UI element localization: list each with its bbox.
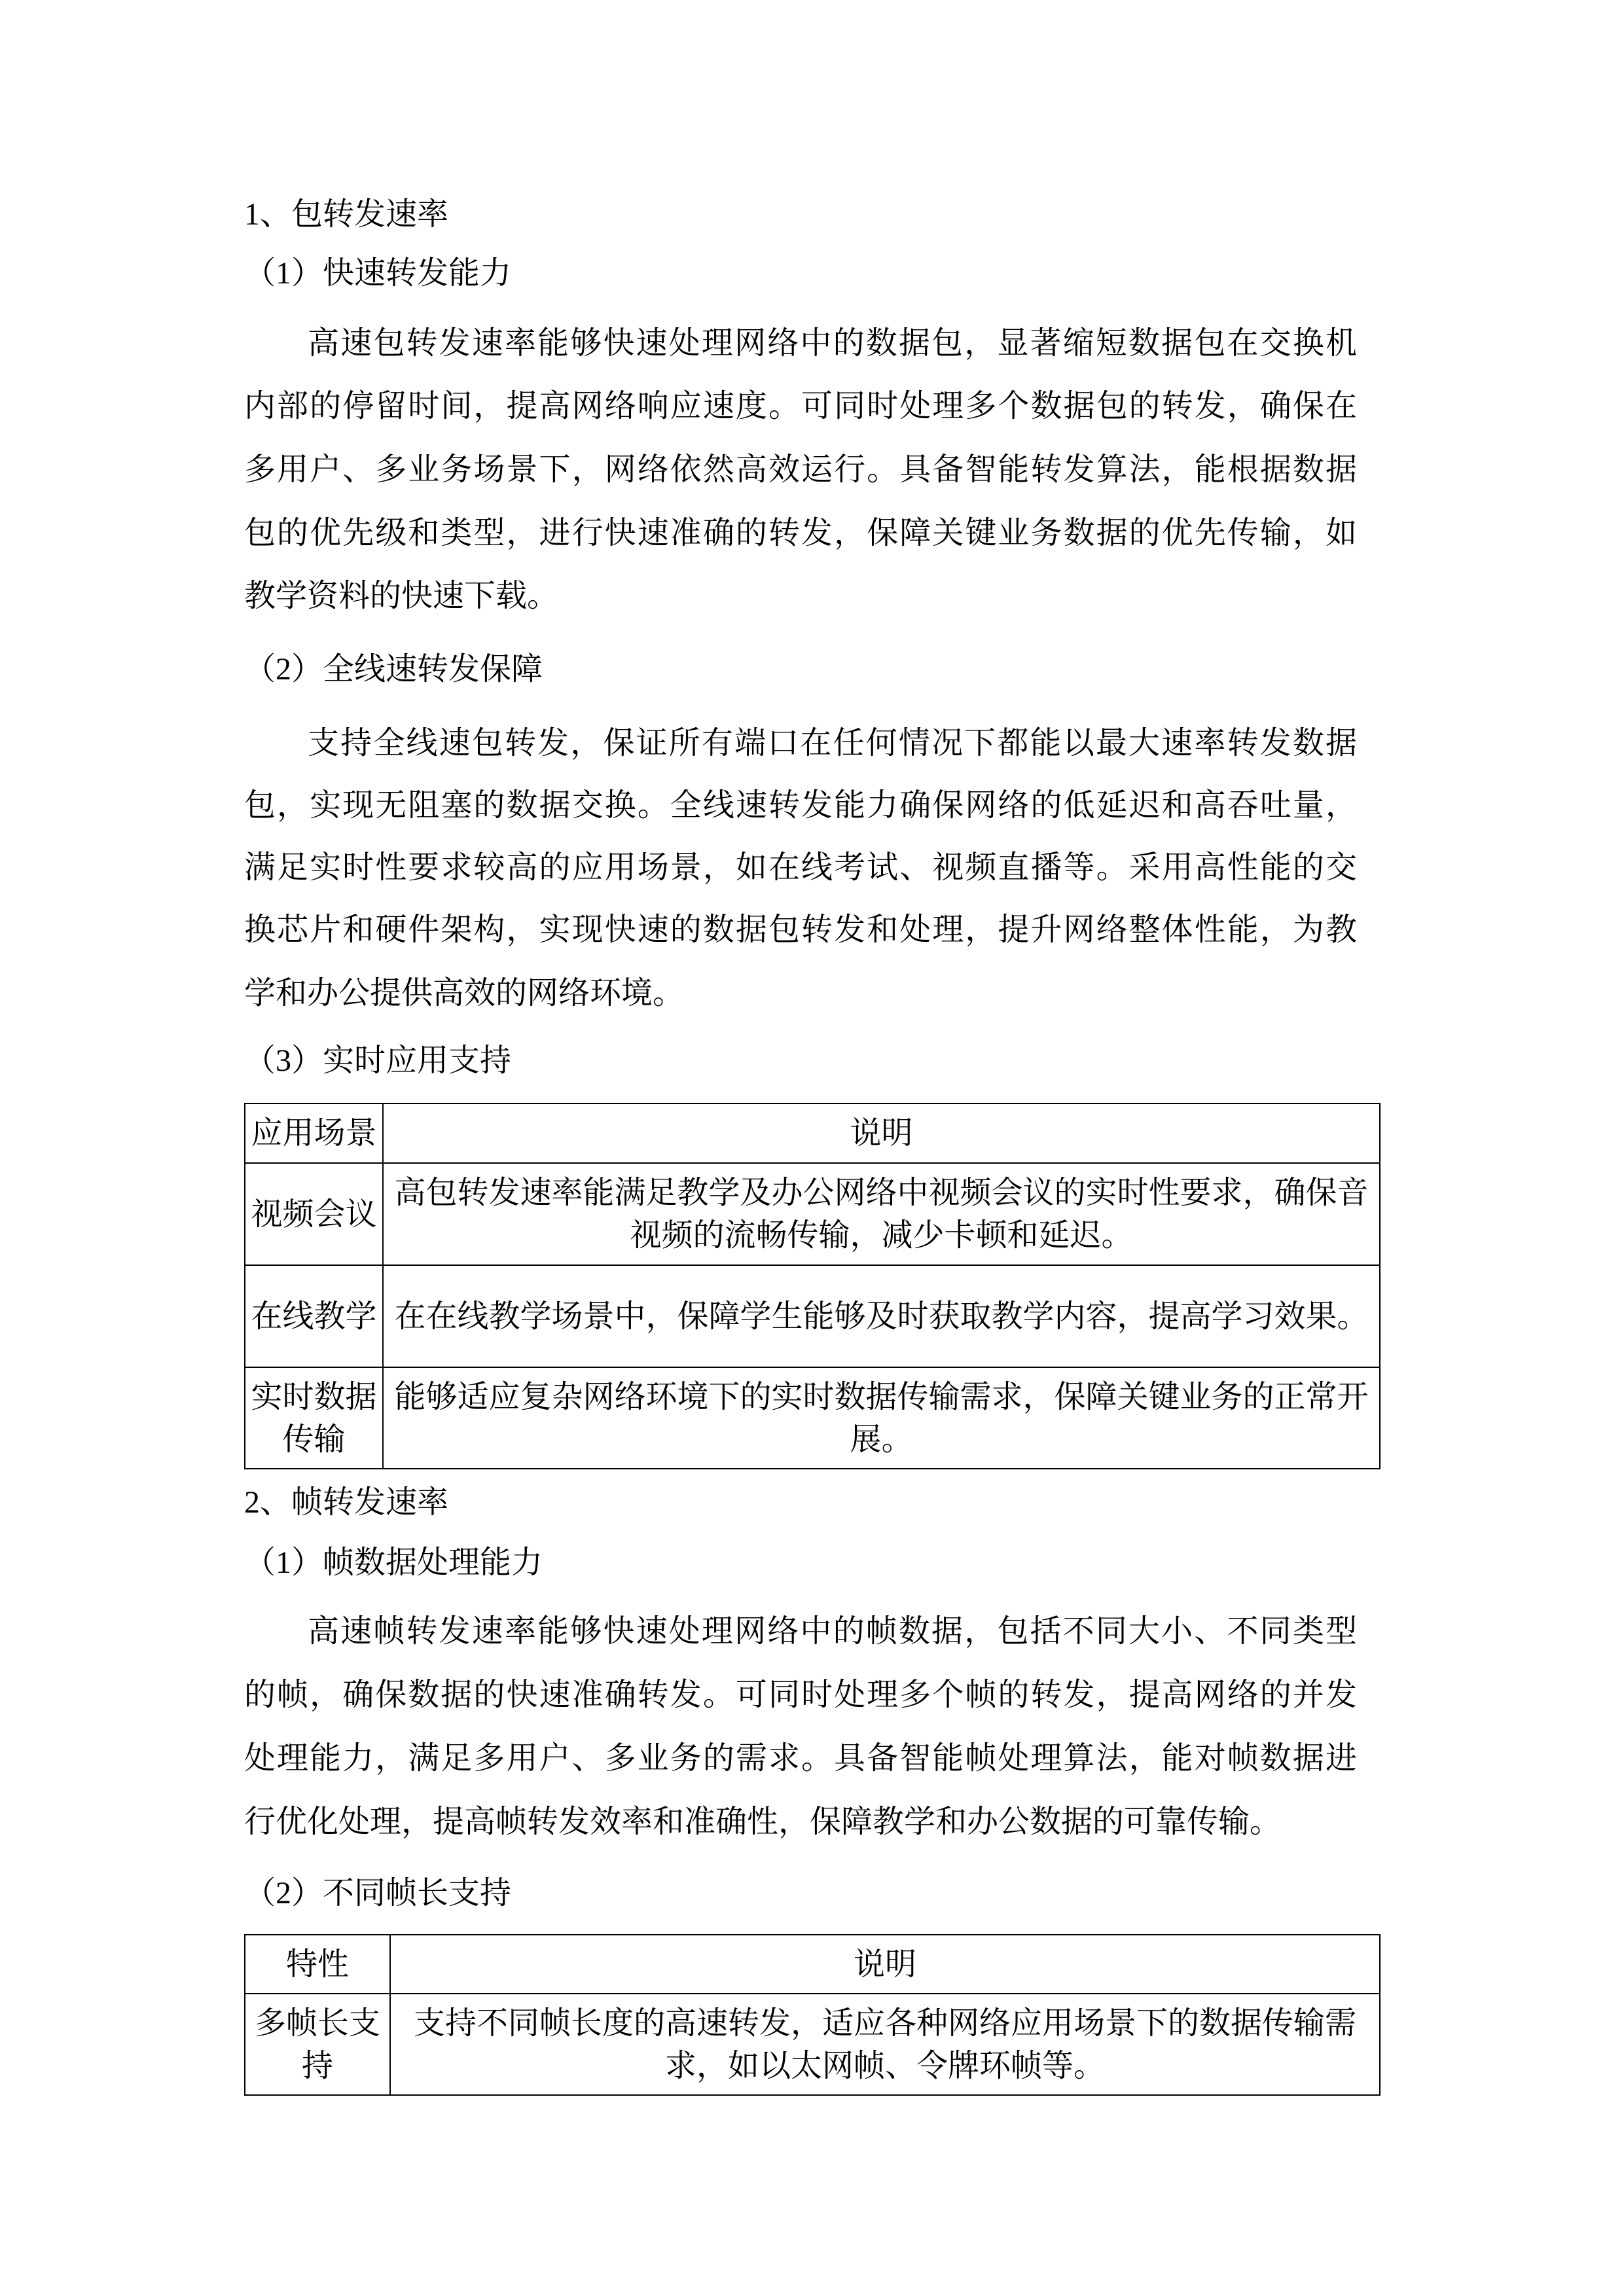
table-cell-description: 在在线教学场景中，保障学生能够及时获取教学内容，提高学习效果。 (383, 1265, 1380, 1367)
table-row: 在线教学 在在线教学场景中，保障学生能够及时获取教学内容，提高学习效果。 (245, 1265, 1380, 1367)
section-1-1-heading: （1）快速转发能力 (244, 255, 511, 292)
paragraph-line: 支持全线速包转发，保证所有端口在任何情况下都能以最大速率转发数据 (308, 725, 1357, 762)
section-1-heading: 1、包转发速率 (244, 196, 448, 233)
paragraph-line: 高速包转发速率能够快速处理网络中的数据包，显著缩短数据包在交换机 (308, 325, 1357, 362)
realtime-application-table: 应用场景 说明 视频会议 高包转发速率能满足教学及办公网络中视频会议的实时性要求… (244, 1103, 1380, 1469)
paragraph-line: 行优化处理，提高帧转发效率和准确性，保障教学和办公数据的可靠传输。 (244, 1804, 1357, 1840)
section-2-heading: 2、帧转发速率 (244, 1484, 448, 1521)
table-header-cell: 说明 (383, 1103, 1380, 1163)
table-row: 实时数据传输 能够适应复杂网络环境下的实时数据传输需求，保障关键业务的正常开展。 (245, 1367, 1380, 1469)
section-2-1-heading: （1）帧数据处理能力 (244, 1545, 543, 1581)
section-1-3-heading: （3）实时应用支持 (244, 1043, 511, 1079)
paragraph-line: 包，实现无阻塞的数据交换。全线速转发能力确保网络的低延迟和高吞吐量， (244, 787, 1357, 824)
paragraph-line: 内部的停留时间，提高网络响应速度。可同时处理多个数据包的转发，确保在 (244, 388, 1357, 425)
paragraph-line: 的帧，确保数据的快速准确转发。可同时处理多个帧的转发，提高网络的并发 (244, 1677, 1357, 1713)
paragraph-line: 处理能力，满足多用户、多业务的需求。具备智能帧处理算法，能对帧数据进 (244, 1740, 1357, 1777)
table-row: 视频会议 高包转发速率能满足教学及办公网络中视频会议的实时性要求，确保音视频的流… (245, 1163, 1380, 1265)
table-cell-scenario: 视频会议 (245, 1163, 383, 1265)
table-header-cell: 说明 (390, 1935, 1380, 1994)
paragraph-line: 教学资料的快速下载。 (244, 578, 1357, 615)
paragraph-line: 换芯片和硬件架构，实现快速的数据包转发和处理，提升网络整体性能，为教 (244, 912, 1357, 948)
table-header-cell: 应用场景 (245, 1103, 383, 1163)
frame-length-table: 特性 说明 多帧长支持 支持不同帧长度的高速转发，适应各种网络应用场景下的数据传… (244, 1934, 1380, 2096)
table-cell-scenario: 在线教学 (245, 1265, 383, 1367)
table-cell-scenario: 实时数据传输 (245, 1367, 383, 1469)
section-2-2-heading: （2）不同帧长支持 (244, 1875, 511, 1912)
paragraph-line: 高速帧转发速率能够快速处理网络中的帧数据，包括不同大小、不同类型 (308, 1613, 1357, 1650)
table-header-row: 特性 说明 (245, 1935, 1380, 1994)
paragraph-line: 多用户、多业务场景下，网络依然高效运行。具备智能转发算法，能根据数据 (244, 452, 1357, 488)
table-cell-feature: 多帧长支持 (245, 1994, 390, 2095)
paragraph-line: 学和办公提供高效的网络环境。 (244, 975, 1357, 1012)
table-cell-description: 高包转发速率能满足教学及办公网络中视频会议的实时性要求，确保音视频的流畅传输，减… (383, 1163, 1380, 1265)
table-header-cell: 特性 (245, 1935, 390, 1994)
paragraph-line: 包的优先级和类型，进行快速准确的转发，保障关键业务数据的优先传输，如 (244, 515, 1357, 552)
paragraph-line: 满足实时性要求较高的应用场景，如在线考试、视频直播等。采用高性能的交 (244, 850, 1357, 886)
table-row: 多帧长支持 支持不同帧长度的高速转发，适应各种网络应用场景下的数据传输需求，如以… (245, 1994, 1380, 2095)
table-header-row: 应用场景 说明 (245, 1103, 1380, 1163)
table-cell-description: 支持不同帧长度的高速转发，适应各种网络应用场景下的数据传输需求，如以太网帧、令牌… (390, 1994, 1380, 2095)
table-cell-description: 能够适应复杂网络环境下的实时数据传输需求，保障关键业务的正常开展。 (383, 1367, 1380, 1469)
section-1-2-heading: （2）全线速转发保障 (244, 651, 543, 688)
